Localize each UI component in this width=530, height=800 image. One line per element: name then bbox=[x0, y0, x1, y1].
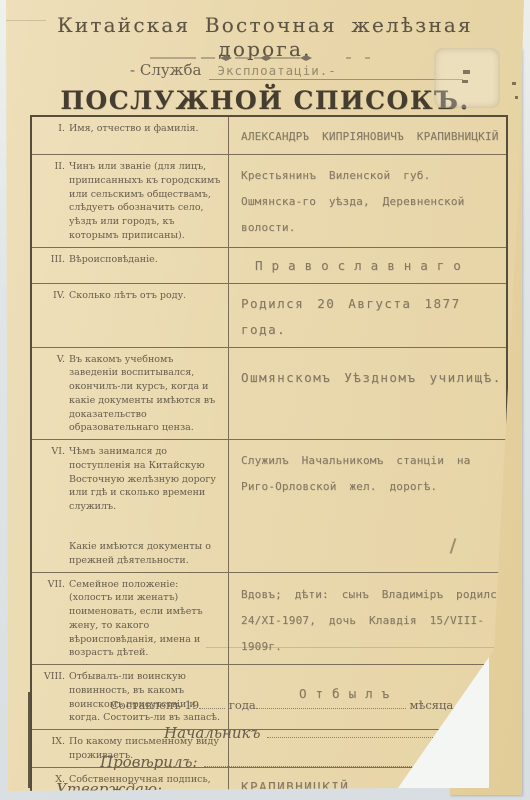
paper-crease bbox=[6, 20, 46, 21]
ink-speck bbox=[512, 82, 516, 85]
row-number: III. bbox=[35, 253, 69, 267]
blank-line bbox=[199, 698, 225, 709]
row-value: Вдовъ; дѣти: сынъ Владиміръ родился 24/X… bbox=[229, 573, 506, 665]
service-value: Эксплоатаціи.- bbox=[209, 63, 463, 80]
ink-speck bbox=[515, 96, 518, 99]
compiled-year-label: года bbox=[229, 698, 256, 712]
row-value: Крестьянинъ Виленской губ. Ошмянска-го у… bbox=[229, 155, 506, 247]
document-page: Китайская Восточная желѣзная дорога. - С… bbox=[6, 0, 524, 793]
table-row: IV. Сколько лѣтъ отъ роду. Родился 20 Ав… bbox=[32, 283, 506, 347]
blank-line bbox=[256, 698, 406, 709]
row-label: Семейное положеніе: (холостъ или женатъ)… bbox=[69, 578, 221, 661]
row-label-main: Чѣмъ занимался до поступленія на Китайск… bbox=[69, 446, 216, 512]
service-label: - Служба bbox=[130, 61, 201, 79]
row-number: I. bbox=[35, 122, 69, 136]
row-label: Чинъ или званіе (для лицъ, приписанныхъ … bbox=[69, 160, 221, 243]
table-row: I. Имя, отчество и фамилія. АЛЕКСАНДРЪ К… bbox=[32, 117, 506, 154]
chief-label: Начальникъ bbox=[164, 724, 261, 742]
row-number: VI. bbox=[35, 445, 69, 459]
row-label-cell: VI. Чѣмъ занимался до поступленія на Кит… bbox=[32, 440, 229, 571]
stamp-mark bbox=[462, 80, 468, 83]
row-number: IX. bbox=[35, 735, 69, 749]
table-row: VIII. Отбывалъ-ли воинскую повинность, в… bbox=[32, 664, 506, 729]
row-value: АЛЕКСАНДРЪ КИПРІЯНОВИЧЪ КРАПИВНИЦКІЙ bbox=[229, 117, 506, 154]
row-label-cell: II. Чинъ или званіе (для лицъ, приписанн… bbox=[32, 155, 229, 247]
service-line: - СлужбаЭксплоатаціи.- bbox=[130, 61, 463, 80]
row-label: Въ какомъ учебномъ заведеніи воспитывалс… bbox=[69, 353, 221, 436]
checked-label: Провѣрилъ: bbox=[100, 753, 198, 771]
row-label-cell: VII. Семейное положеніе: (холостъ или же… bbox=[32, 573, 229, 665]
row-label-cell: V. Въ какомъ учебномъ заведеніи воспитыв… bbox=[32, 348, 229, 440]
table-row: II. Чинъ или званіе (для лицъ, приписанн… bbox=[32, 154, 506, 247]
row-number: VIII. bbox=[35, 670, 69, 684]
row-label: Вѣроисповѣданіе. bbox=[69, 253, 221, 267]
approved-label: Утверждаю: bbox=[56, 780, 162, 798]
table-row: III. Вѣроисповѣданіе. Православнаго bbox=[32, 247, 506, 283]
row-label-cell: IV. Сколько лѣтъ отъ роду. bbox=[32, 284, 229, 347]
compiled-prefix: Составленъ 19 bbox=[110, 698, 199, 712]
row-label: Имя, отчество и фамилія. bbox=[69, 122, 221, 136]
row-value: Родился 20 Августа 1877 года. bbox=[229, 284, 506, 347]
table-row: V. Въ какомъ учебномъ заведеніи воспитыв… bbox=[32, 347, 506, 440]
row-value: Служилъ Начальникомъ станціи на Риго-Орл… bbox=[229, 440, 506, 571]
row-value: Православнаго bbox=[229, 248, 506, 283]
row-number: IV. bbox=[35, 289, 69, 303]
row-label-secondary: Какіе имѣются документы о прежней дѣятел… bbox=[69, 540, 221, 568]
stamp-mark bbox=[463, 70, 470, 74]
paper-fold-line bbox=[28, 692, 30, 788]
row-label-cell: III. Вѣроисповѣданіе. bbox=[32, 248, 229, 283]
paper-crease bbox=[206, 647, 496, 648]
row-value: Ошмянскомъ Уѣздномъ училищѣ. bbox=[229, 348, 506, 440]
row-number: V. bbox=[35, 353, 69, 367]
table-row: VI. Чѣмъ занимался до поступленія на Кит… bbox=[32, 439, 506, 571]
row-number: VII. bbox=[35, 578, 69, 592]
row-label-cell: I. Имя, отчество и фамилія. bbox=[32, 117, 229, 154]
row-label: Чѣмъ занимался до поступленія на Китайск… bbox=[69, 445, 221, 567]
table-row: VII. Семейное положеніе: (холостъ или же… bbox=[32, 572, 506, 665]
row-label: Сколько лѣтъ отъ роду. bbox=[69, 289, 221, 303]
row-number: II. bbox=[35, 160, 69, 174]
compiled-month-label: мѣсяца bbox=[409, 698, 453, 712]
embossed-stamp-icon bbox=[434, 48, 500, 108]
